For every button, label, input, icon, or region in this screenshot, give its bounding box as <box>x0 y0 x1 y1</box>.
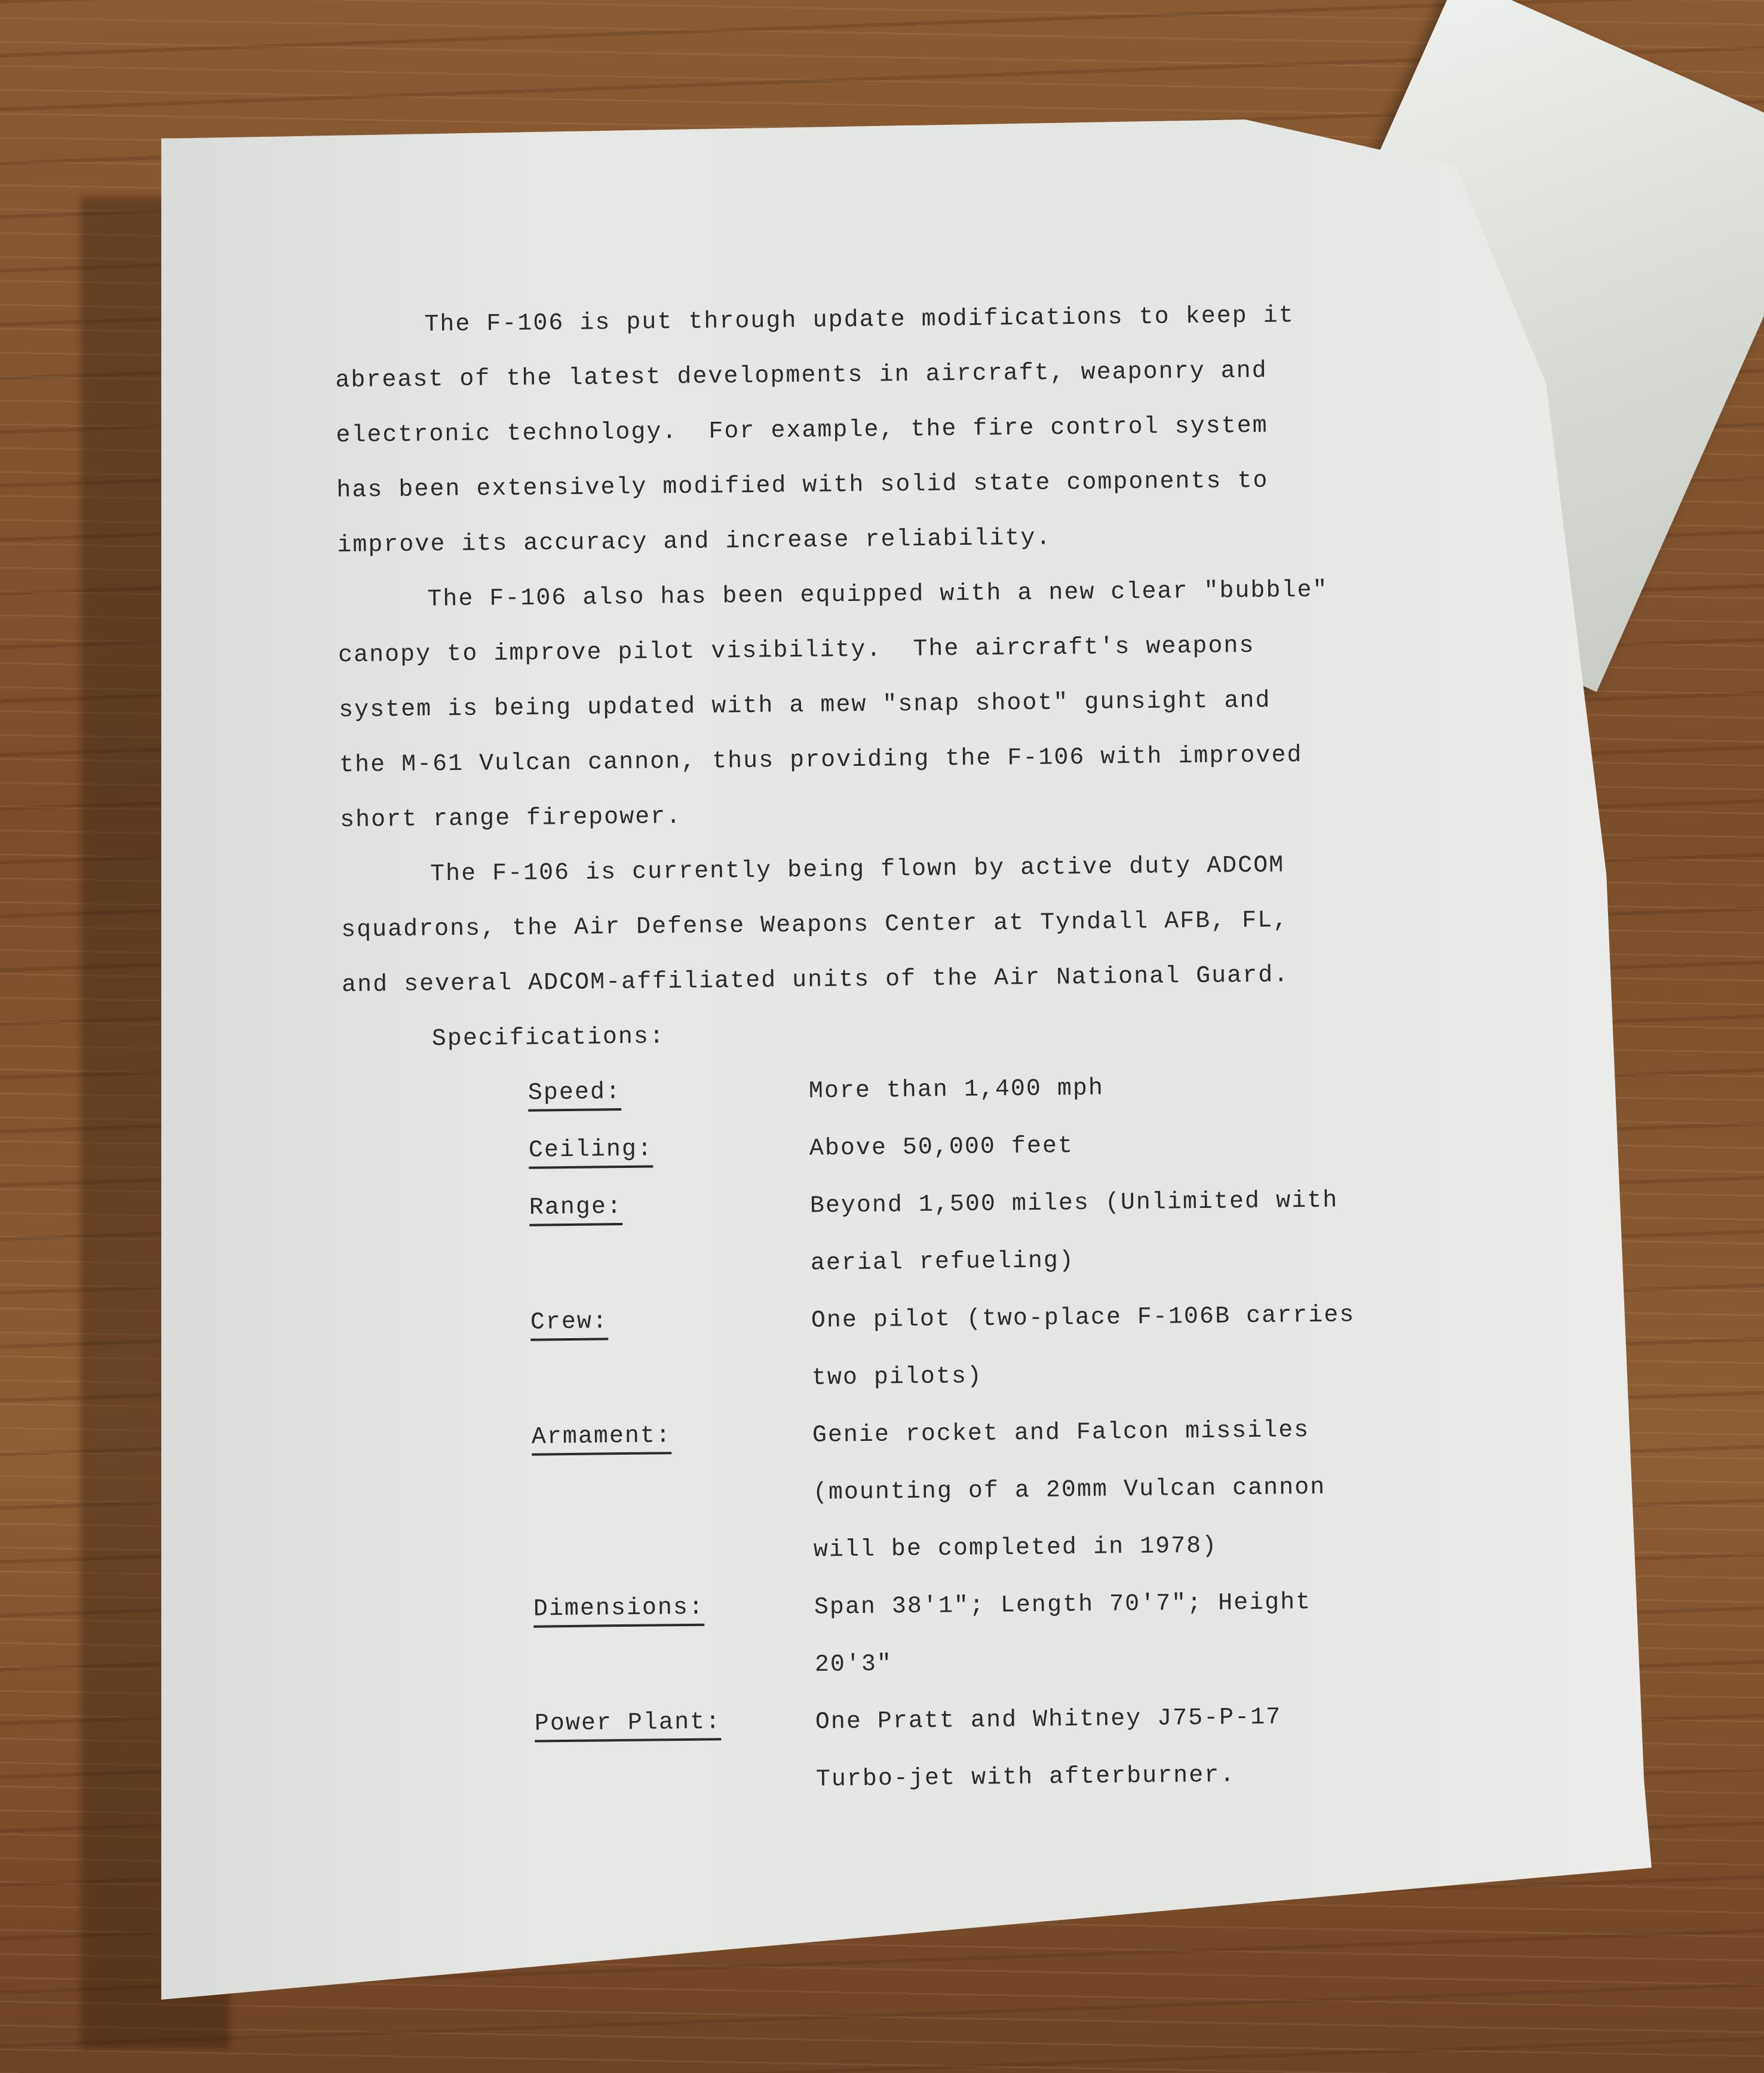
spec-value-line: (mounting of a 20mm Vulcan cannon <box>812 1459 1326 1522</box>
spec-value: Genie rocket and Falcon missiles(mountin… <box>812 1402 1326 1580</box>
spec-value-line: One Pratt and Whitney J75-P-17 <box>815 1689 1282 1752</box>
spec-value: Beyond 1,500 miles (Unlimited withaerial… <box>809 1172 1339 1292</box>
spec-label-text: Power Plant: <box>535 1709 722 1742</box>
paragraph-line: the M-61 Vulcan cannon, thus providing t… <box>339 727 1415 793</box>
paragraph-line: has been extensively modified with solid… <box>336 452 1412 519</box>
spec-label-text: Ceiling: <box>529 1136 654 1169</box>
spec-value-line: Genie rocket and Falcon missiles <box>812 1402 1325 1465</box>
spec-value-line: 20'3" <box>814 1632 1312 1694</box>
paragraph: The F-106 is currently being flown by ac… <box>340 837 1418 1013</box>
paragraph: The F-106 is put through update modifica… <box>335 287 1413 574</box>
spec-value: More than 1,400 mph <box>808 1060 1104 1121</box>
body-paragraphs: The F-106 is put through update modifica… <box>335 287 1417 1013</box>
spec-value-line: Beyond 1,500 miles (Unlimited with <box>809 1172 1338 1235</box>
spec-value-line: More than 1,400 mph <box>808 1060 1104 1121</box>
spec-label-text: Speed: <box>528 1079 622 1112</box>
spec-row: Ceiling:Above 50,000 feet <box>343 1114 1419 1183</box>
paragraph-line: and several ADCOM-affiliated units of th… <box>342 947 1418 1013</box>
typewritten-document: The F-106 is put through update modifica… <box>335 287 1425 1814</box>
spec-row: Range:Beyond 1,500 miles (Unlimited with… <box>343 1172 1420 1298</box>
spec-value-line: Turbo-jet with afterburner. <box>816 1747 1283 1809</box>
spec-label: Armament: <box>346 1407 814 1584</box>
spec-value-line: Above 50,000 feet <box>809 1118 1073 1178</box>
spec-label-text: Dimensions: <box>533 1594 705 1628</box>
spec-value: Above 50,000 feet <box>809 1118 1073 1178</box>
spec-label-text: Crew: <box>530 1308 609 1341</box>
spec-label: Range: <box>343 1178 811 1298</box>
spec-label-text: Armament: <box>532 1422 672 1455</box>
spec-value-line: aerial refueling) <box>810 1229 1339 1292</box>
spec-value: Span 38'1"; Length 70'7"; Height20'3" <box>814 1574 1312 1694</box>
spec-label: Speed: <box>342 1063 809 1126</box>
spec-label: Ceiling: <box>343 1121 809 1183</box>
spec-value: One Pratt and Whitney J75-P-17Turbo-jet … <box>815 1689 1283 1809</box>
spec-label-text: Range: <box>529 1194 623 1226</box>
spec-label: Dimensions: <box>348 1580 815 1699</box>
spec-value-line: will be completed in 1978) <box>813 1517 1326 1580</box>
spec-row: Crew:One pilot (two-place F-106B carries… <box>345 1286 1422 1412</box>
spec-row: Speed:More than 1,400 mph <box>342 1057 1418 1126</box>
spec-row: Armament:Genie rocket and Falcon missile… <box>346 1401 1424 1584</box>
spec-label: Power Plant: <box>349 1694 817 1814</box>
spec-label: Crew: <box>345 1293 812 1412</box>
spec-value-line: Span 38'1"; Length 70'7"; Height <box>814 1574 1311 1637</box>
spec-row: Dimensions:Span 38'1"; Length 70'7"; Hei… <box>348 1573 1425 1699</box>
paragraph: The F-106 also has been equipped with a … <box>338 562 1416 848</box>
spec-value: One pilot (two-place F-106B carriestwo p… <box>811 1287 1355 1407</box>
spec-value-line: two pilots) <box>811 1344 1355 1407</box>
specifications-table: Speed:More than 1,400 mphCeiling:Above 5… <box>342 1057 1425 1814</box>
spec-value-line: One pilot (two-place F-106B carries <box>811 1287 1355 1350</box>
spec-row: Power Plant:One Pratt and Whitney J75-P-… <box>349 1688 1426 1814</box>
